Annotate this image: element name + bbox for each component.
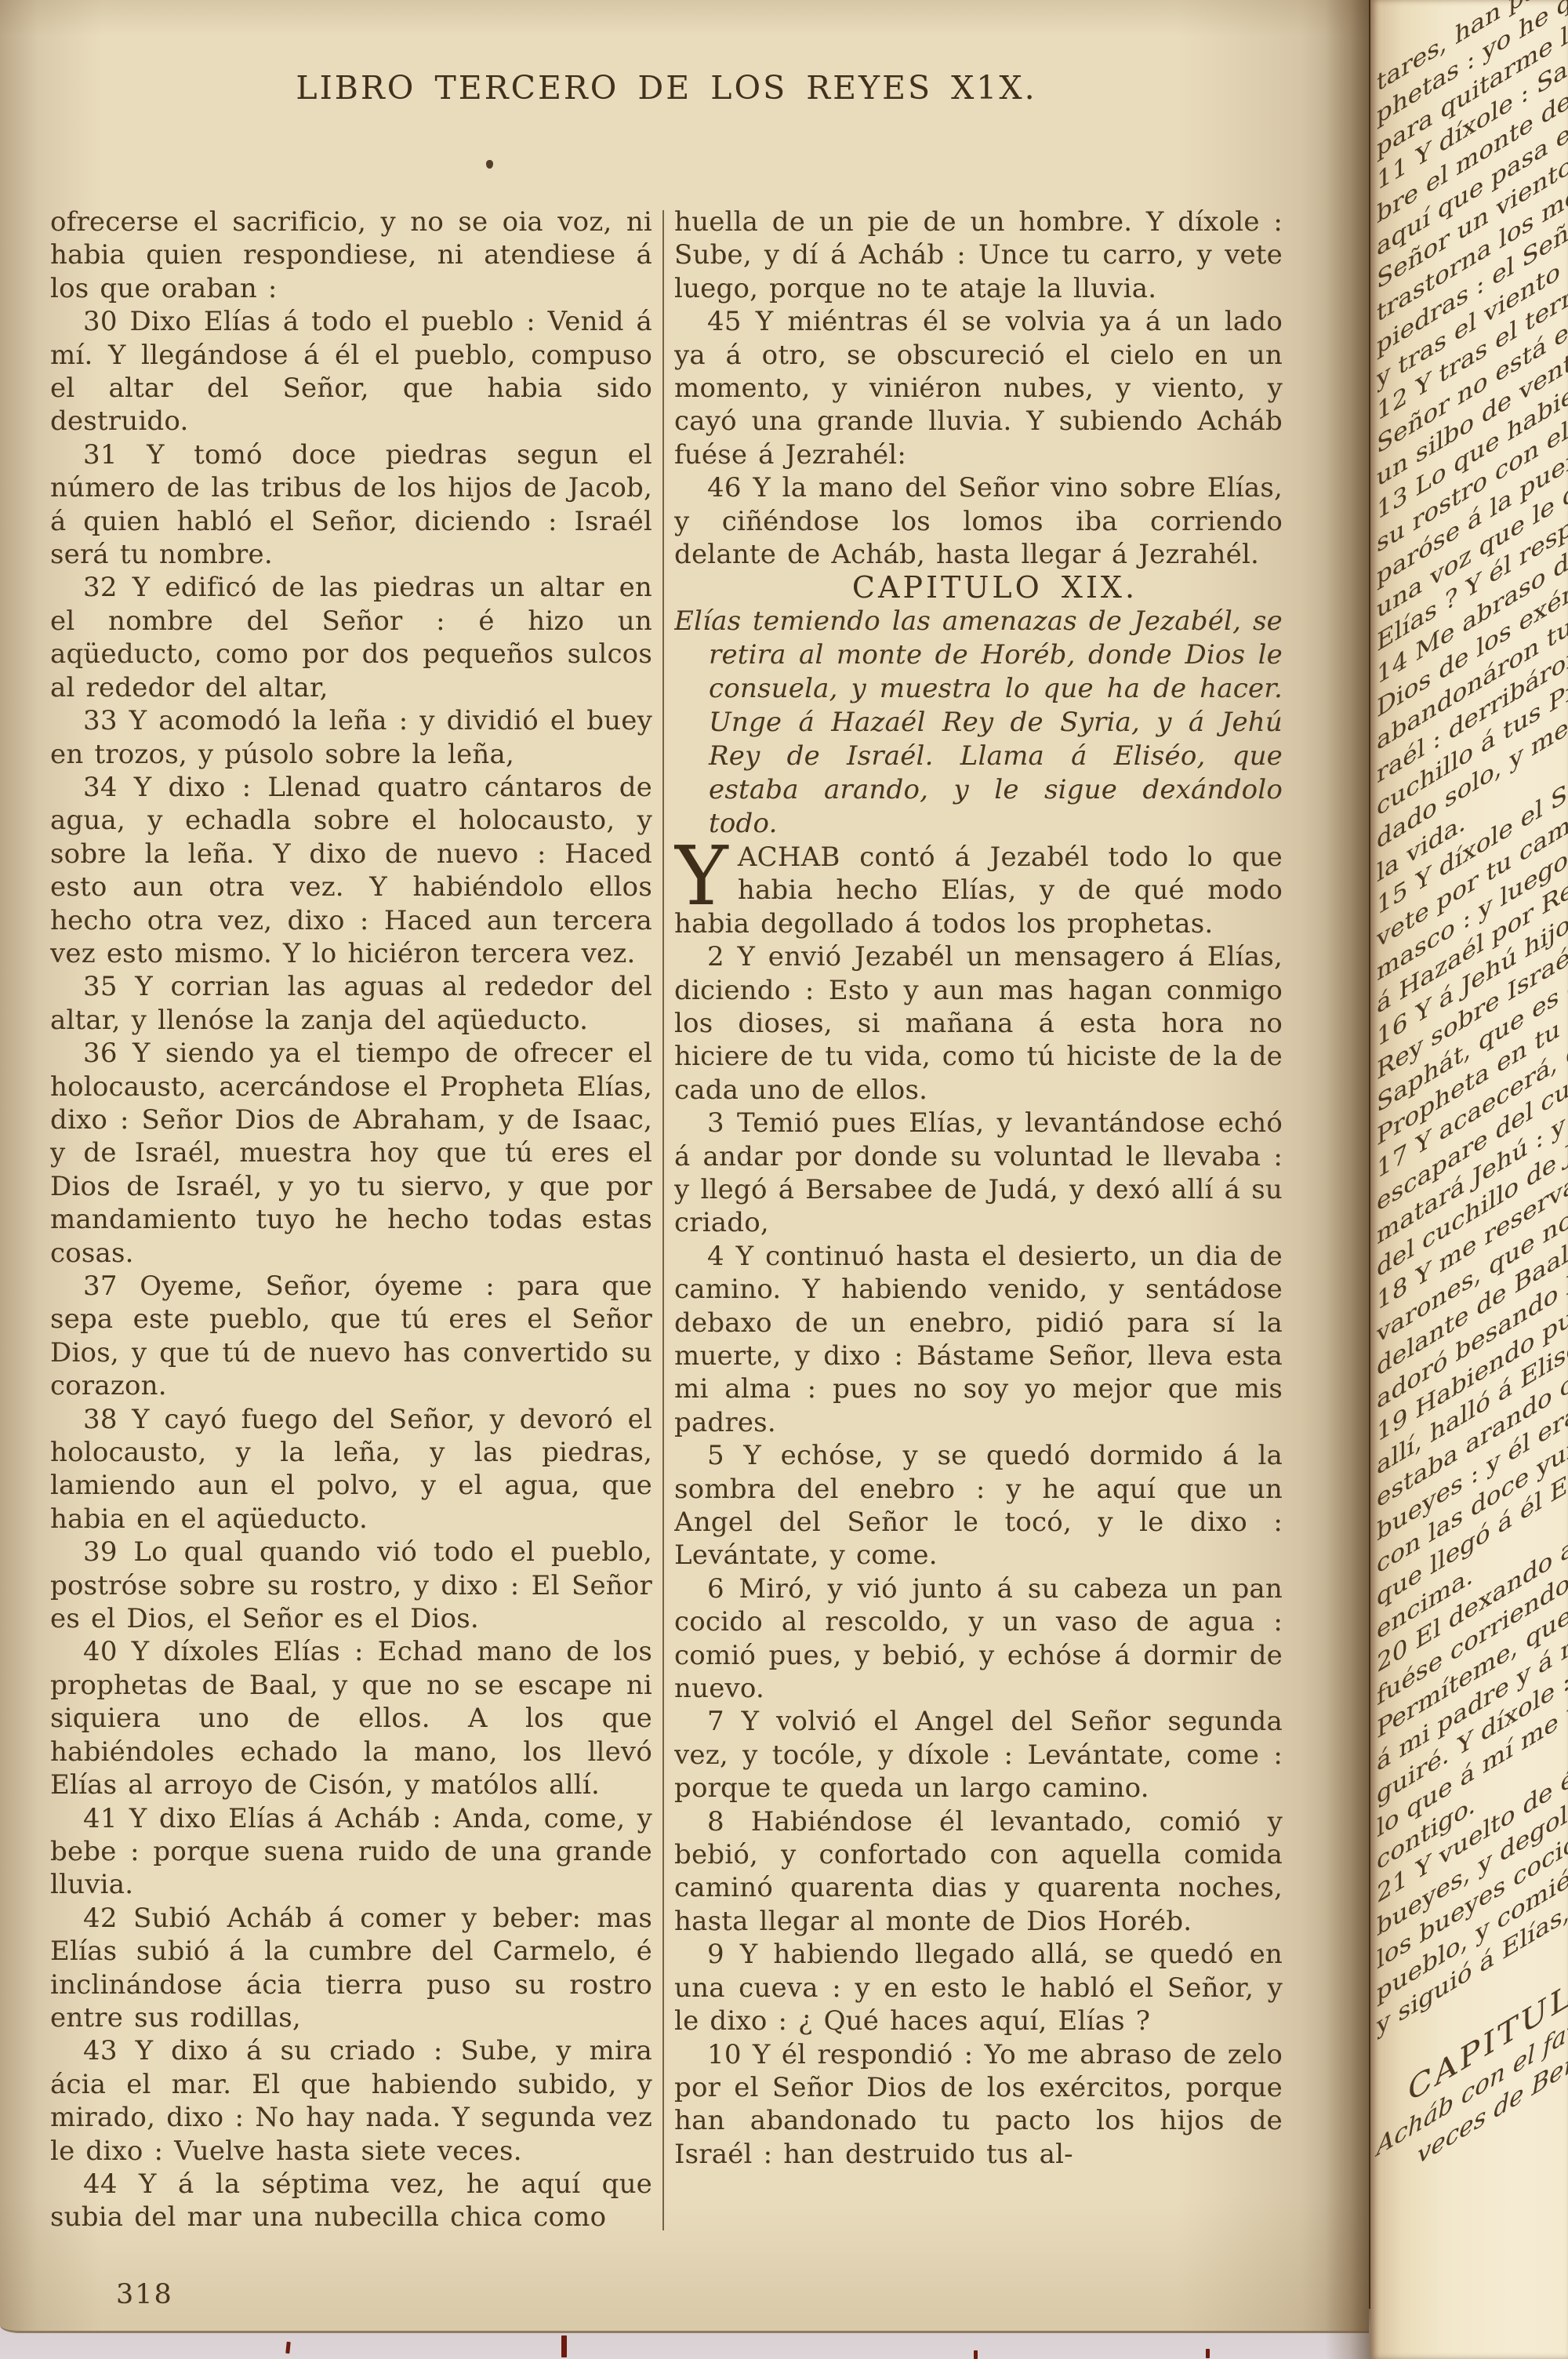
verse-paragraph: 46 Y la mano del Señor vino sobre Elías,…	[674, 471, 1283, 571]
verse-paragraph: 42 Subió Acháb á comer y beber: mas Elía…	[50, 1902, 652, 2035]
verse-paragraph: 2 Y envió Jezabél un mensagero á Elías, …	[674, 940, 1283, 1107]
adjacent-page: tares, han pasado á cucphetas : yo he qu…	[1370, 0, 1568, 2359]
verse-paragraph: 3 Temió pues Elías, y levantándose echó …	[674, 1107, 1283, 1240]
verse-paragraph: 36 Y siendo ya el tiempo de ofrecer el h…	[50, 1037, 652, 1270]
verse-paragraph: 34 Y dixo : Llenad quatro cántaros de ag…	[50, 771, 652, 970]
page-gutter-shadow	[1325, 0, 1370, 2359]
verse-paragraph: 7 Y volvió el Angel del Señor segunda ve…	[674, 1705, 1283, 1805]
table-mark	[561, 2335, 567, 2357]
verse-paragraph: 43 Y dixo á su criado : Sube, y mira áci…	[50, 2034, 652, 2168]
verse-paragraph: 39 Lo qual quando vió todo el pueblo, po…	[50, 1536, 652, 1635]
verse-paragraph: 44 Y á la séptima vez, he aquí que subia…	[50, 2168, 652, 2234]
text-columns: ofrecerse el sacrificio, y no se oia voz…	[50, 205, 1283, 2284]
verse-paragraph: 9 Y habiendo llegado allá, se quedó en u…	[674, 1938, 1283, 2037]
page-number: 318	[116, 2279, 173, 2310]
book-page: LIBRO TERCERO DE LOS REYES X1X. ofrecers…	[0, 0, 1369, 2333]
verse-paragraph: 10 Y él respondió : Yo me abraso de zelo…	[674, 2038, 1283, 2172]
verse-paragraph: 33 Y acomodó la leña : y dividió el buey…	[50, 704, 652, 771]
verse-paragraph: 6 Miró, y vió junto á su cabeza un pan c…	[674, 1572, 1283, 1706]
chapter-summary: Elías temiendo las amenazas de Jezabél, …	[674, 605, 1283, 841]
verse-paragraph: 40 Y díxoles Elías : Echad mano de los p…	[50, 1635, 652, 1801]
verse-paragraph: huella de un pie de un hombre. Y díxole …	[674, 205, 1283, 305]
verse-paragraph: 30 Dixo Elías á todo el pueblo : Venid á…	[50, 305, 652, 438]
chapter-heading: CAPITULO XIX.	[674, 571, 1283, 604]
verse-paragraph: 4 Y continuó hasta el desierto, un dia d…	[674, 1240, 1283, 1439]
verse-paragraph: 41 Y dixo Elías á Acháb : Anda, come, y …	[50, 1802, 652, 1902]
verse-paragraph: 37 Oyeme, Señor, óyeme : para que sepa e…	[50, 1270, 652, 1403]
ornament-dot-icon	[486, 160, 493, 169]
verse-paragraph: 45 Y miéntras él se volvia ya á un lado …	[674, 305, 1283, 471]
adjacent-page-text: tares, han pasado á cucphetas : yo he qu…	[1377, 0, 1568, 2197]
drop-cap-letter: Y	[674, 841, 738, 907]
verse-paragraph: 38 Y cayó fuego del Señor, y devoró el h…	[50, 1403, 652, 1536]
verse-paragraph: 31 Y tomó doce piedras segun el número d…	[50, 438, 652, 572]
verse-paragraph: ofrecerse el sacrificio, y no se oia voz…	[50, 205, 652, 305]
verse-paragraph: 32 Y edificó de las piedras un altar en …	[50, 571, 652, 704]
drop-cap-paragraph: YACHAB contó á Jezabél todo lo que habia…	[674, 841, 1283, 940]
running-header: LIBRO TERCERO DE LOS REYES X1X.	[0, 69, 1333, 107]
left-column: ofrecerse el sacrificio, y no se oia voz…	[50, 205, 652, 2284]
verse-paragraph: 8 Habiéndose él levantado, comió y bebió…	[674, 1805, 1283, 1939]
table-mark	[974, 2350, 978, 2359]
verse-paragraph: 35 Y corrian las aguas al rededor del al…	[50, 970, 652, 1037]
right-column: huella de un pie de un hombre. Y díxole …	[674, 205, 1283, 2284]
column-divider	[662, 210, 664, 2230]
verse-paragraph: 5 Y echóse, y se quedó dormido á la somb…	[674, 1439, 1283, 1572]
table-mark	[1206, 2349, 1210, 2358]
